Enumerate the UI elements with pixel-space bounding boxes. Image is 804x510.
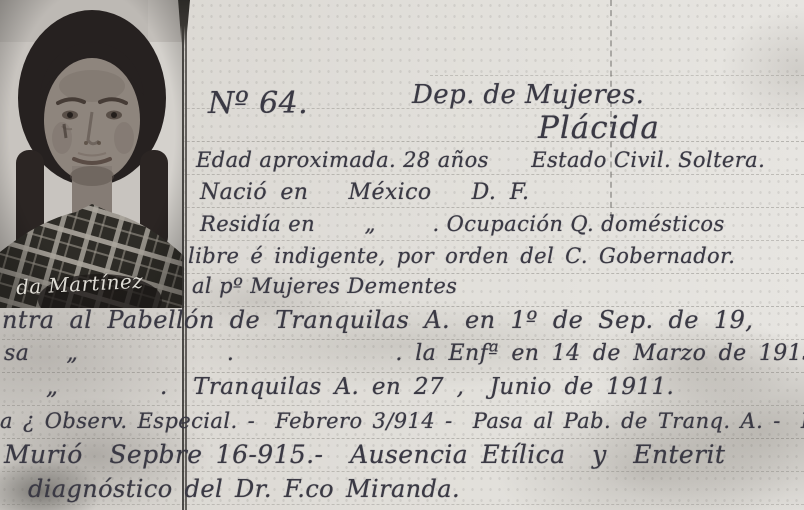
ruled-line bbox=[430, 75, 804, 76]
record-number: Nº 64. bbox=[208, 86, 308, 121]
infirmary-line: sa „ . . la Enfª en 14 de Marzo de 1915. bbox=[4, 341, 804, 366]
patient-photo bbox=[0, 0, 184, 308]
ruled-line bbox=[2, 471, 804, 472]
ruled-line bbox=[2, 372, 804, 373]
observation-line: a ¿ Observ. Especial. - Febrero 3/914 - … bbox=[0, 409, 804, 433]
record-card: Nº 64. Dep. de Mujeres. Plácida Edad apr… bbox=[0, 0, 804, 510]
department-label: Dep. de Mujeres. bbox=[412, 80, 644, 110]
patient-name: Plácida bbox=[538, 110, 660, 146]
age-and-civil-status-line: Edad aproximada. 28 años Estado Civil. S… bbox=[196, 148, 765, 172]
tranquilas-return-line: „ . Tranquilas A. en 27 , Junio de 1911. bbox=[46, 374, 674, 400]
legal-status-line: libre é indigente, por orden del C. Gobe… bbox=[188, 244, 735, 268]
pavilion-admission-line: ntra al Pabellón de Tranquilas A. en 1º … bbox=[2, 306, 753, 334]
birthplace-line: Nació en México D. F. bbox=[200, 180, 529, 205]
ruled-line bbox=[2, 438, 804, 439]
death-record-line: Murió Sepbre 16-915.- Ausencia Etílica y… bbox=[4, 440, 725, 469]
ruled-line bbox=[2, 504, 804, 505]
ward-transfer-line: al pº Mujeres Dementes bbox=[192, 274, 457, 298]
ruled-line bbox=[2, 405, 804, 406]
residence-occupation-line: Residía en „ . Ocupación Q. domésticos bbox=[200, 212, 725, 236]
diagnosis-line: diagnóstico del Dr. F.co Miranda. bbox=[28, 475, 460, 503]
ruled-line bbox=[2, 339, 804, 340]
